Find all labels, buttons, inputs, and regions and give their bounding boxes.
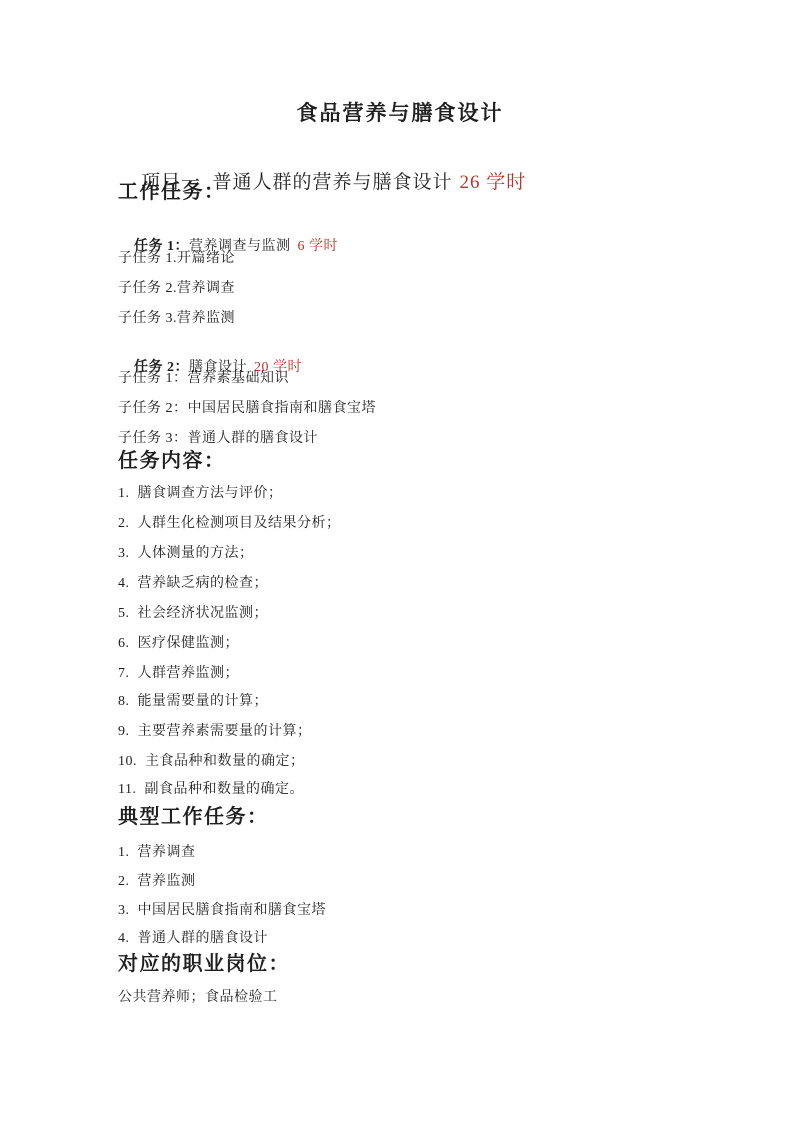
section-heading-typical-tasks: 典型工作任务： xyxy=(118,804,740,831)
document-title: 食品营养与膳食设计 xyxy=(0,100,800,126)
task2-subtask-1: 子任务 1：营养素基础知识 xyxy=(118,369,740,388)
content-item-7: 7. 人群营养监测； xyxy=(118,664,740,683)
task2-subtask-2: 子任务 2：中国居民膳食指南和膳食宝塔 xyxy=(118,399,740,418)
typical-task-2: 2. 营养监测 xyxy=(118,872,740,891)
content-item-6: 6. 医疗保健监测； xyxy=(118,634,740,653)
content-item-10: 10. 主食品种和数量的确定； xyxy=(118,752,740,771)
content-item-4: 4. 营养缺乏病的检查； xyxy=(118,574,740,593)
task1-subtask-1: 子任务 1.开篇绪论 xyxy=(118,249,740,268)
content-item-11: 11. 副食品种和数量的确定。 xyxy=(118,780,740,799)
content-item-5: 5. 社会经济状况监测； xyxy=(118,604,740,623)
document-page: 食品营养与膳食设计 项目一 普通人群的营养与膳食设计26 学时 工作任务： 任务… xyxy=(0,0,800,1132)
typical-task-4: 4. 普通人群的膳食设计 xyxy=(118,929,740,948)
content-item-1: 1. 膳食调查方法与评价； xyxy=(118,484,740,503)
task2-subtask-3: 子任务 3：普通人群的膳食设计 xyxy=(118,429,740,448)
task1-subtask-3: 子任务 3.营养监测 xyxy=(118,309,740,328)
task1-subtask-2: 子任务 2.营养调查 xyxy=(118,279,740,298)
content-item-9: 9. 主要营养素需要量的计算； xyxy=(118,722,740,741)
content-item-3: 3. 人体测量的方法； xyxy=(118,544,740,563)
content-item-2: 2. 人群生化检测项目及结果分析； xyxy=(118,514,740,533)
section-heading-job-positions: 对应的职业岗位： xyxy=(118,951,740,978)
job-positions-line: 公共营养师；食品检验工 xyxy=(118,988,740,1007)
typical-task-3: 3. 中国居民膳食指南和膳食宝塔 xyxy=(118,901,740,920)
content-item-8: 8. 能量需要量的计算； xyxy=(118,692,740,711)
section-heading-task-content: 任务内容： xyxy=(118,448,740,475)
section-heading-work-tasks: 工作任务： xyxy=(118,179,740,206)
typical-task-1: 1. 营养调查 xyxy=(118,843,740,862)
